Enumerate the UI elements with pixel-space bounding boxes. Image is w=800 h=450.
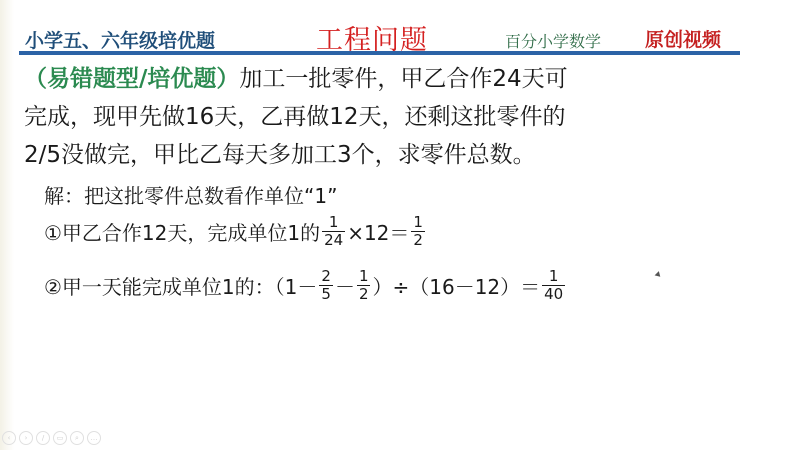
series-label: 小学五、六年级培优题 (25, 26, 215, 53)
fraction-1-2: 1 2 (357, 268, 371, 303)
problem-line-1-text: 加工一批零件，甲乙合作24天可 (239, 66, 567, 92)
problem-line-3: 2/5没做完，甲比乙每天多加工3个，求零件总数。 (24, 136, 744, 174)
fraction-1-2-result: 1 2 (411, 214, 425, 249)
problem-statement: （易错题型/培优题）加工一批零件，甲乙合作24天可 完成，现甲先做16天，乙再做… (24, 60, 744, 174)
next-icon[interactable]: › (19, 431, 33, 445)
solution-step-1: ①甲乙合作12天，完成单位1的 1 24 ×12＝ 1 2 (44, 214, 427, 249)
step2-text: ②甲一天能完成单位1的：（1－ (44, 271, 317, 300)
solution-step-2: ②甲一天能完成单位1的：（1－ 2 5 － 1 2 ）÷（16－12）＝ 1 4… (44, 268, 567, 303)
step2-after: ）÷（16－12）＝ (372, 271, 540, 300)
pen-icon[interactable]: / (36, 431, 50, 445)
fraction-2-5: 2 5 (319, 268, 333, 303)
fraction-1-24: 1 24 (322, 214, 345, 249)
step2-minus: － (335, 271, 355, 300)
slideshow-toolbar: ‹ › / ▭ ⌕ … (2, 431, 101, 445)
solution-intro: 解：把这批零件总数看作单位“1” (44, 180, 337, 209)
fraction-1-40-result: 1 40 (542, 268, 565, 303)
original-video-label: 原创视频 (645, 25, 721, 52)
left-edge-shade (0, 0, 14, 450)
step1-times: ×12＝ (347, 217, 409, 246)
more-icon[interactable]: … (87, 431, 101, 445)
mouse-cursor-icon (655, 271, 663, 279)
problem-line-2: 完成，现甲先做16天，乙再做12天，还剩这批零件的 (24, 98, 744, 136)
prev-icon[interactable]: ‹ (2, 431, 16, 445)
problem-tag: （易错题型/培优题） (24, 66, 239, 92)
brand-label: 百分小学数学 (505, 29, 601, 52)
header-underline-bar (19, 51, 340, 55)
slide-header: 小学五、六年级培优题 工程问题 百分小学数学 原创视频 (0, 0, 800, 56)
slides-icon[interactable]: ▭ (53, 431, 67, 445)
problem-line-1: （易错题型/培优题）加工一批零件，甲乙合作24天可 (24, 60, 744, 98)
header-underline-bar-right (340, 51, 740, 55)
zoom-icon[interactable]: ⌕ (70, 431, 84, 445)
step1-text: ①甲乙合作12天，完成单位1的 (44, 217, 320, 246)
